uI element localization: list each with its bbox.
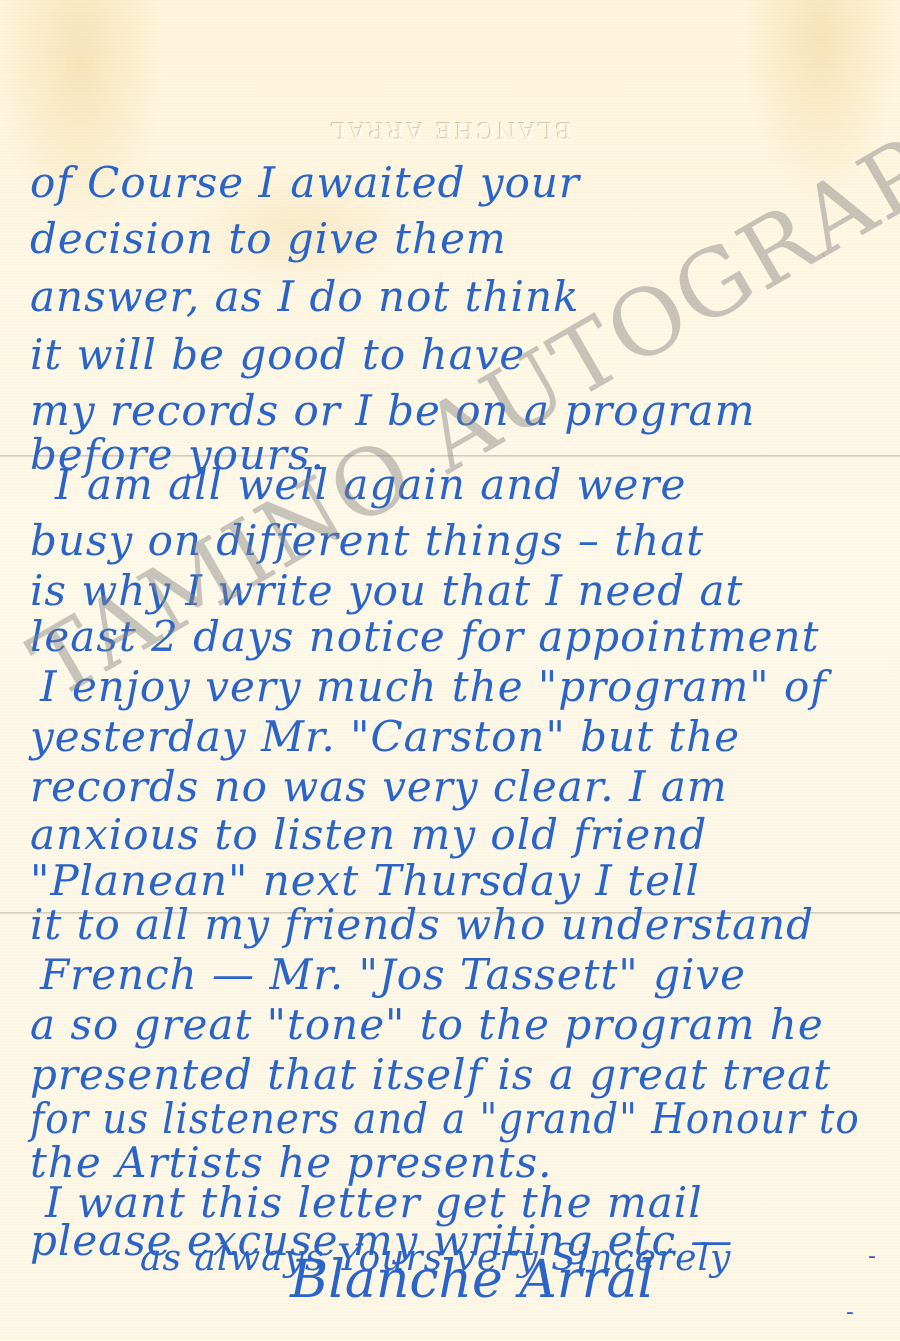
letter-line: anxious to listen my old friend [30, 810, 707, 859]
letter-line: answer, as I do not think [30, 272, 579, 321]
letter-line: for us listeners and a "grand" Honour to [30, 1094, 860, 1143]
signature-flourish: - [868, 1244, 876, 1269]
letter-line: it will be good to have [30, 330, 525, 379]
letter-line: is why I write you that I need at [30, 566, 743, 615]
letter-line: records no was very clear. I am [30, 762, 728, 811]
signature-flourish: - [846, 1300, 854, 1325]
letter-line: a so great "tone" to the program he [30, 1000, 824, 1049]
letter-line: French — Mr. "Jos Tassett" give [40, 950, 746, 999]
letter-line: least 2 days notice for appointment [30, 612, 819, 661]
letter-line: I enjoy very much the "program" of [40, 662, 827, 711]
letter-line: decision to give them [30, 214, 507, 263]
letter-line: yesterday Mr. "Carston" but the [30, 712, 740, 761]
letter-line: my records or I be on a program [30, 386, 755, 435]
embossed-letterhead: BLANCHE ARRAL [285, 117, 615, 142]
signature: Blanche Arral [290, 1250, 654, 1310]
letter-line: I am all well again and were [55, 460, 686, 509]
letter-line: presented that itself is a great treat [30, 1050, 831, 1099]
letter-line: "Planean" next Thursday I tell [30, 856, 700, 905]
letter-line: it to all my friends who understand [30, 900, 814, 949]
letter-line: busy on different things – that [30, 516, 704, 565]
letter-line: of Course I awaited your [30, 158, 580, 207]
